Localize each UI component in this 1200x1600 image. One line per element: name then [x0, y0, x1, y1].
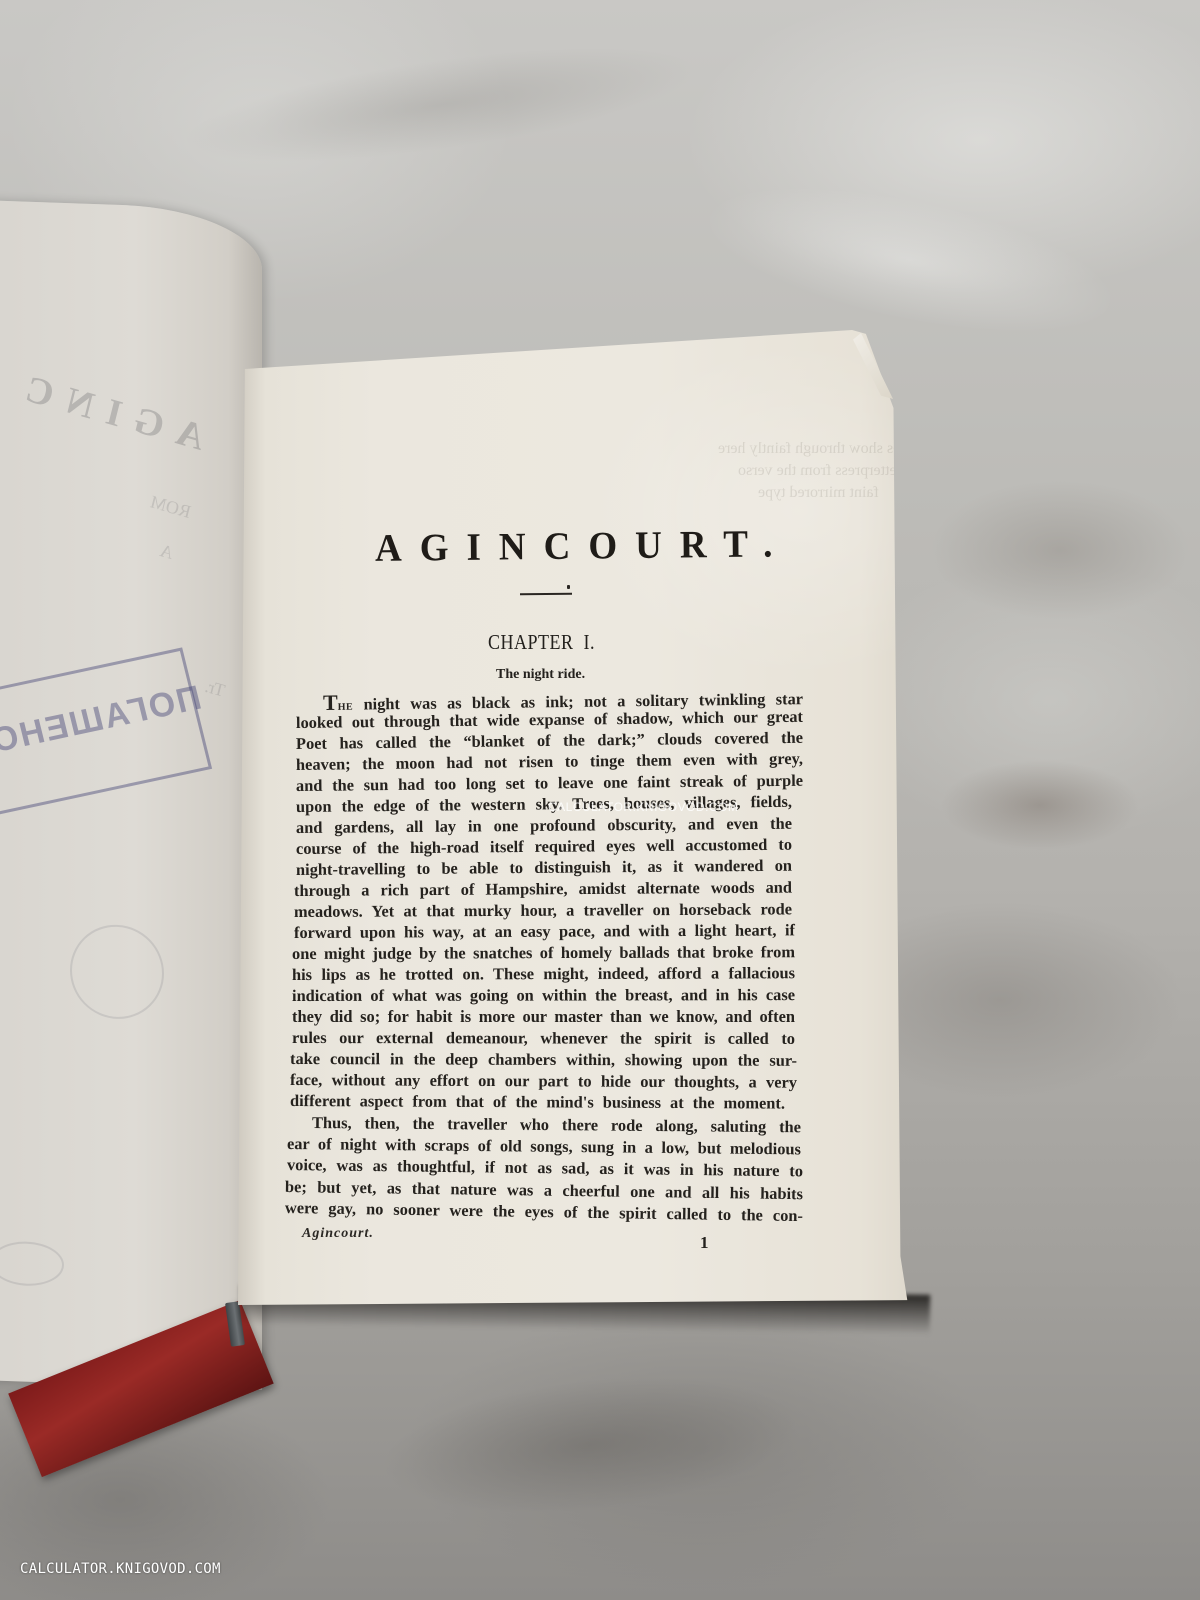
text-line: forward upon his way, at an easy pace, a… [294, 920, 795, 943]
show-through-text: reversed letterpress from the verso [738, 462, 959, 480]
text-line: face, without any effort on our part to … [290, 1070, 797, 1093]
title-rule-dot [567, 585, 570, 589]
text-line: different aspect from that of the mind's… [290, 1091, 785, 1114]
text-line: they did so; for habit is more our maste… [292, 1007, 795, 1027]
text-line: rules our external demeanour, whenever t… [292, 1028, 795, 1049]
show-through-text: Tr. [203, 676, 227, 702]
show-through-text: faint mirrored type [758, 484, 879, 502]
surface-vein [930, 480, 1190, 620]
text-line: meadows. Yet at that murky hour, a trave… [294, 899, 792, 922]
chapter-number: I. [584, 630, 596, 653]
surface-vein [176, 24, 703, 185]
running-foot: Agincourt. [302, 1226, 374, 1242]
site-watermark: CALCULATOR.KNIGOVOD.COM [20, 1561, 221, 1577]
show-through-seal [70, 923, 164, 1020]
book-title: AGINCOURT. [375, 522, 791, 572]
text-line: take council in the deep chambers within… [290, 1049, 797, 1071]
surface-vein [940, 760, 1140, 850]
surface-vein [692, 158, 1128, 363]
library-stamp: ПОГАШЕНО [0, 647, 212, 823]
show-through-text: subsequent pages show through faintly he… [718, 440, 998, 458]
text-line: his lips as he trotted on. These might, … [292, 963, 795, 985]
left-page: AGINC ROM A Tr. ПОГАШЕНО [0, 200, 262, 1390]
stamp-text: ПОГАШЕНО [0, 678, 205, 770]
chapter-label: CHAPTER [488, 630, 574, 653]
text-line: indication of what was going on within t… [292, 985, 795, 1006]
show-through-text: ROM [148, 491, 193, 523]
show-through-seal [0, 1240, 64, 1287]
surface-vein [374, 1358, 805, 1531]
drop-cap: T [323, 690, 338, 715]
chapter-heading: CHAPTERI. [488, 630, 595, 654]
page-number: 1 [700, 1233, 709, 1253]
show-through-text: A [158, 540, 176, 564]
text-line: one might judge by the snatches of homel… [292, 942, 795, 964]
overlay-watermark: CALCULATOR.KNIGOVOD.COM [548, 800, 738, 814]
chapter-subtitle: The night ride. [496, 667, 585, 683]
text-line: Thus, then, the traveller who there rode… [312, 1113, 801, 1137]
text-line: through a rich part of Hampshire, amidst… [294, 878, 792, 901]
show-through-title: AGINC [8, 363, 209, 460]
